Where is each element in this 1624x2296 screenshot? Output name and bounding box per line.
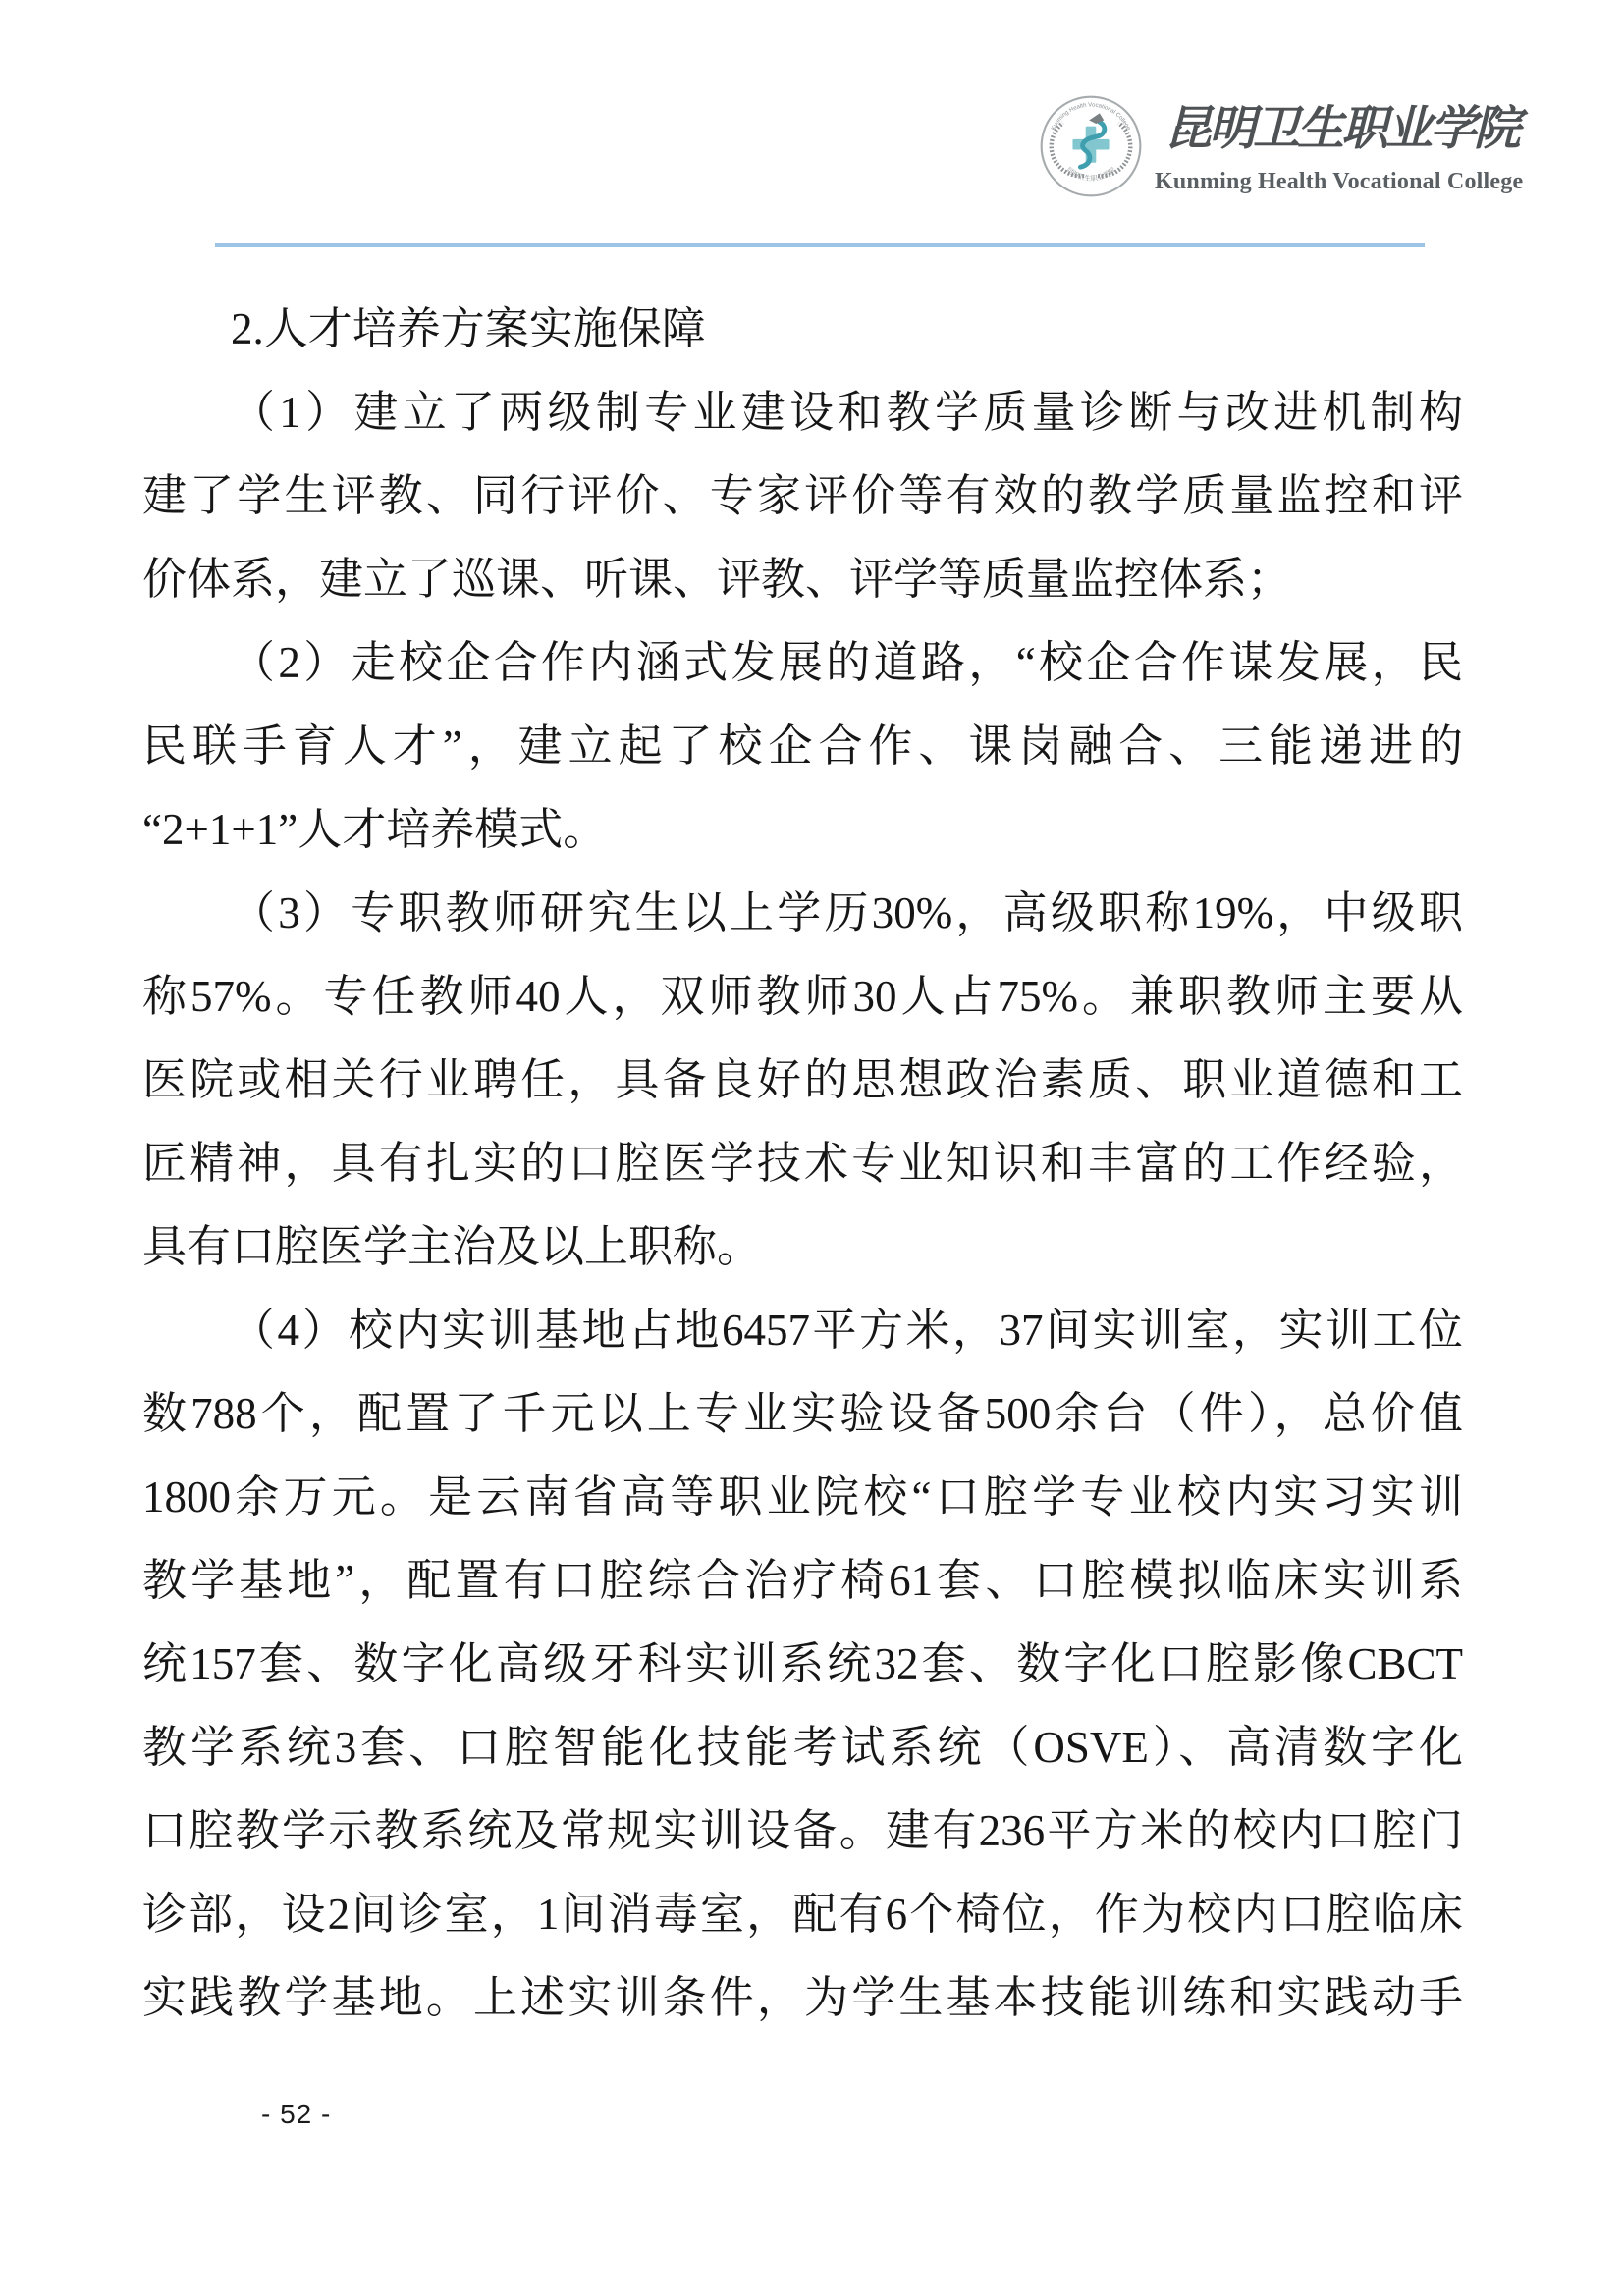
- text-line: （1）建立了两级制专业建设和教学质量诊断与改进机制构: [142, 371, 1463, 454]
- text-line: 数788个，配置了千元以上专业实验设备500余台（件），总价值: [142, 1372, 1463, 1456]
- text-line: 具有口腔医学主治及以上职称。: [142, 1205, 1463, 1289]
- college-name-english: Kunming Health Vocational College: [1155, 169, 1518, 195]
- text-line: 称57%。专任教师40人，双师教师30人占75%。兼职教师主要从: [142, 955, 1463, 1039]
- text-line: 医院或相关行业聘任，具备良好的思想政治素质、职业道德和工: [142, 1039, 1463, 1122]
- text-line: （3）专职教师研究生以上学历30%，高级职称19%，中级职: [142, 872, 1463, 955]
- text-line: 统157套、数字化高级牙科实训系统32套、数字化口腔影像CBCT: [142, 1623, 1463, 1706]
- text-line: （2）走校企合作内涵式发展的道路，“校企合作谋发展，民: [142, 621, 1463, 705]
- text-line: 教学系统3套、口腔智能化技能考试系统（OSVE）、高清数字化: [142, 1706, 1463, 1789]
- text-line: 建了学生评教、同行评价、专家评价等有效的教学质量监控和评: [142, 454, 1463, 538]
- text-line: 口腔教学示教系统及常规实训设备。建有236平方米的校内口腔门: [142, 1789, 1463, 1873]
- document-body: 2.人才培养方案实施保障（1）建立了两级制专业建设和教学质量诊断与改进机制构建了…: [142, 288, 1463, 2040]
- text-line: 诊部，设2间诊室，1间消毒室，配有6个椅位，作为校内口腔临床: [142, 1873, 1463, 1956]
- document-page: Kunming Health Vocational College 昆明卫生职业…: [0, 0, 1624, 2296]
- text-line: 教学基地”，配置有口腔综合治疗椅61套、口腔模拟临床实训系: [142, 1539, 1463, 1623]
- text-line: （4）校内实训基地占地6457平方米，37间实训室，实训工位: [142, 1289, 1463, 1372]
- text-line: “2+1+1”人才培养模式。: [142, 788, 1463, 872]
- header-divider-line: [215, 243, 1425, 247]
- text-line: 民联手育人才”，建立起了校企合作、课岗融合、三能递进的: [142, 705, 1463, 788]
- text-line: 1800余万元。是云南省高等职业院校“口腔学专业校内实习实训: [142, 1456, 1463, 1539]
- text-line: 匠精神，具有扎实的口腔医学技术专业知识和丰富的工作经验，: [142, 1122, 1463, 1205]
- college-seal-logo: Kunming Health Vocational College 昆明卫生职业…: [1039, 94, 1143, 198]
- college-name-chinese: 昆明卫生职业学院: [1164, 94, 1518, 165]
- text-line: 价体系，建立了巡课、听课、评教、评学等质量监控体系；: [142, 538, 1463, 621]
- text-line: 实践教学基地。上述实训条件，为学生基本技能训练和实践动手: [142, 1956, 1463, 2040]
- page-number: - 52 -: [261, 2099, 331, 2130]
- text-line: 2.人才培养方案实施保障: [142, 288, 1463, 371]
